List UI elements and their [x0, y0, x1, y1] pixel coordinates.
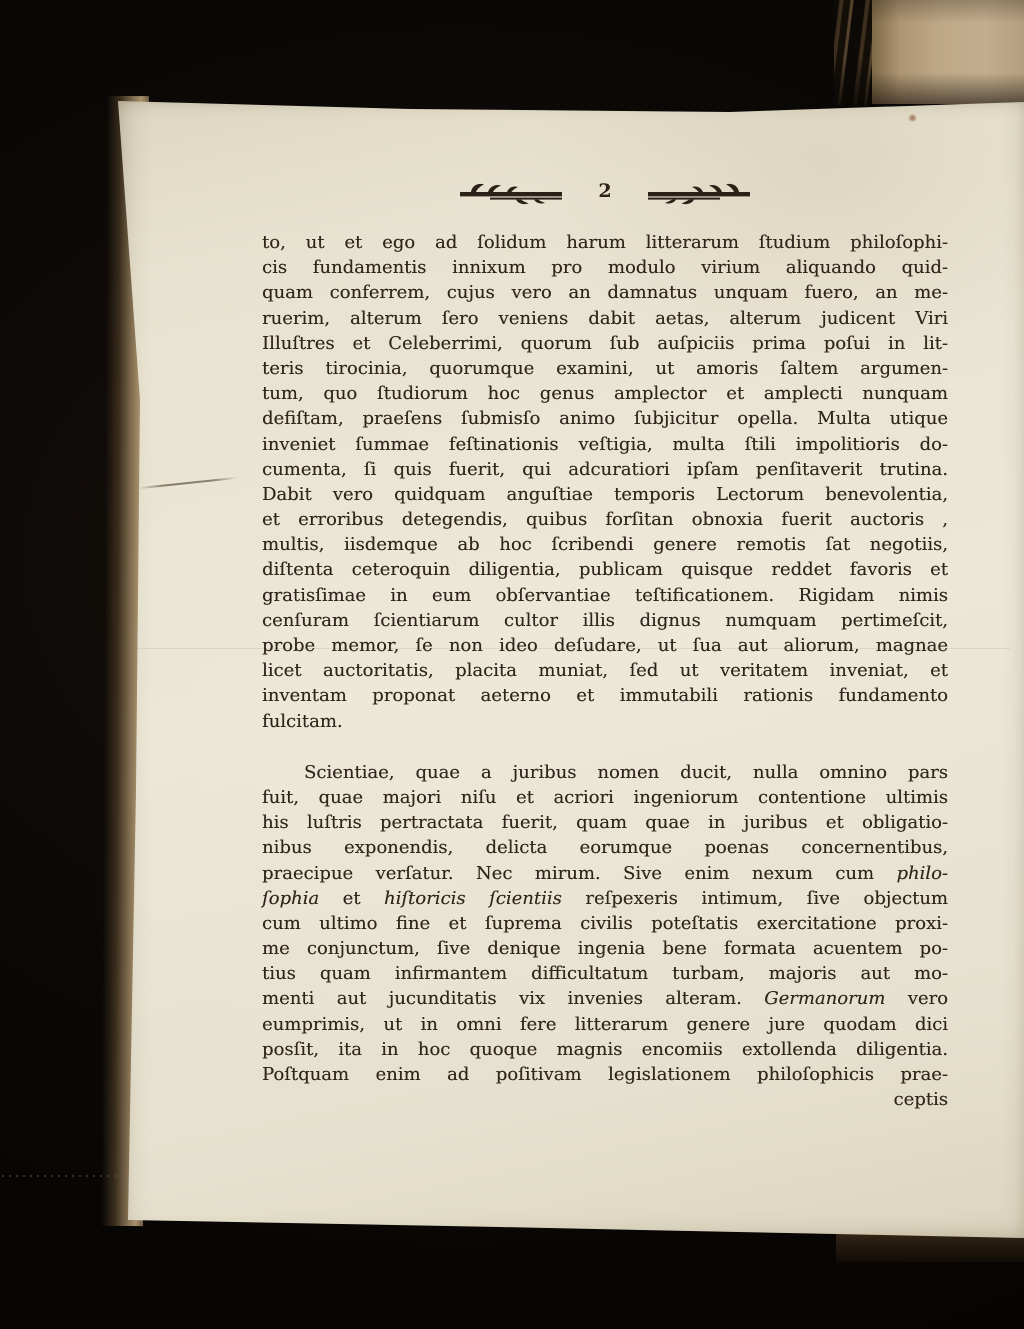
- text-line: cenſuram ſcientiarum cultor illis dignus…: [262, 608, 948, 633]
- text-line: defiſtam, praeſens ſubmisſo animo ſubjic…: [262, 406, 948, 431]
- text-line: nibus exponendis, delicta eorumque poena…: [262, 835, 948, 860]
- text-line: cum ultimo fine et ſuprema civilis poteſ…: [262, 911, 948, 936]
- text-line: probe memor, ſe non ideo deſudare, ut ſu…: [262, 633, 948, 658]
- text-line: me conjunctum, ſive denique ingenia bene…: [262, 936, 948, 961]
- text-line: inveniet ſummae feſtinationis veſtigia, …: [262, 432, 948, 457]
- page-header: 2: [262, 180, 948, 206]
- facing-page-edge: [872, 0, 1024, 104]
- page-number: 2: [598, 182, 611, 201]
- text-line: licet auctoritatis, placita muniat, ſed …: [262, 658, 948, 683]
- text-line: inventam proponat aeterno et immutabili …: [262, 683, 948, 708]
- catchword: ceptis: [262, 1087, 948, 1112]
- text-line: cis fundamentis innixum pro modulo viriu…: [262, 255, 948, 280]
- foxing-spot: [908, 114, 917, 122]
- text-block: to, ut et ego ad ſolidum harum litteraru…: [262, 230, 948, 1087]
- text-line: ruerim, alterum ſero veniens dabit aetas…: [262, 306, 948, 331]
- text-line: tius quam infirmantem difficultatum turb…: [262, 961, 948, 986]
- paragraph: Scientiae, quae a juribus nomen ducit, n…: [262, 760, 948, 1087]
- gutter-shadow-streaks: [834, 0, 876, 106]
- text-line: diſtenta ceteroquin diligentia, publicam…: [262, 557, 948, 582]
- text-line: Dabit vero quidquam anguſtiae temporis L…: [262, 482, 948, 507]
- paragraph: to, ut et ego ad ſolidum harum litteraru…: [262, 230, 948, 734]
- scratch-mark: [138, 477, 238, 489]
- text-line: Scientiae, quae a juribus nomen ducit, n…: [262, 760, 948, 785]
- text-line: cumenta, ſi quis fuerit, qui adcuratiori…: [262, 457, 948, 482]
- text-line: quam conferrem, cujus vero an damnatus u…: [262, 280, 948, 305]
- text-line: ſophia et hiſtoricis ſcientiis reſpexeri…: [262, 886, 948, 911]
- text-line: gratisſimae in eum obſervantiae teſtific…: [262, 583, 948, 608]
- text-line: praecipue verſatur. Nec mirum. Sive enim…: [262, 861, 948, 886]
- text-line: Illuſtres et Celeberrimi, quorum ſub auſ…: [262, 331, 948, 356]
- text-line: tum, quo ſtudiorum hoc genus amplector e…: [262, 381, 948, 406]
- text-line: fulcitam.: [262, 709, 948, 734]
- text-line: menti aut jucunditatis vix invenies alte…: [262, 986, 948, 1011]
- book-page: 2 to, ut et ego ad ſolidum harum littera…: [110, 92, 1024, 1240]
- text-line: Poſtquam enim ad poſitivam legislationem…: [262, 1062, 948, 1087]
- text-line: his luſtris pertractata fuerit, quam qua…: [262, 810, 948, 835]
- text-line: to, ut et ego ad ſolidum harum litteraru…: [262, 230, 948, 255]
- vine-rule-ornament-icon: [644, 181, 752, 205]
- film-artifact-dots: [2, 1175, 124, 1177]
- text-line: eumprimis, ut in omni fere litterarum ge…: [262, 1012, 948, 1037]
- text-line: et erroribus detegendis, quibus forſitan…: [262, 507, 948, 532]
- page-content: 2 to, ut et ego ad ſolidum harum littera…: [262, 180, 948, 1112]
- text-line: multis, iisdemque ab hoc ſcribendi gener…: [262, 532, 948, 557]
- text-line: posſit, ita in hoc quoque magnis encomii…: [262, 1037, 948, 1062]
- text-line: teris tirocinia, quorumque examini, ut a…: [262, 356, 948, 381]
- vine-rule-ornament-icon: [458, 181, 566, 205]
- text-line: fuit, quae majori niſu et acriori ingeni…: [262, 785, 948, 810]
